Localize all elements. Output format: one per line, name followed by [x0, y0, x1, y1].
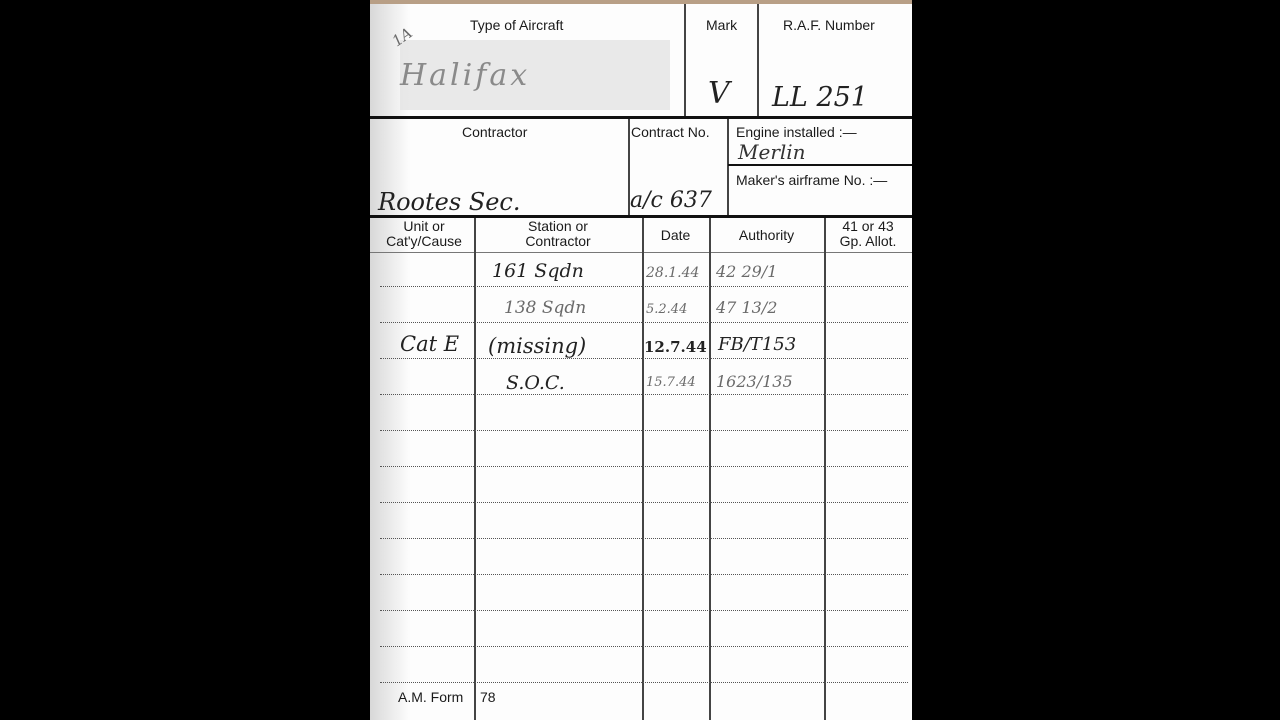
divider	[757, 4, 759, 116]
mark-value: V	[708, 76, 730, 111]
cell-authority: 42 29/1	[716, 262, 777, 281]
row-rule	[380, 682, 908, 683]
scan-edge	[370, 0, 912, 4]
contract-no-label: Contract No.	[631, 124, 710, 140]
cell-station: S.O.C.	[506, 372, 565, 394]
contractor-value: Rootes Sec.	[378, 188, 520, 216]
cell-station: 138 Sqdn	[504, 298, 586, 318]
section-rule	[370, 116, 912, 119]
row-rule	[380, 466, 908, 467]
makers-airframe-label: Maker's airframe No. :—	[736, 172, 887, 188]
raf-number-label: R.A.F. Number	[783, 17, 875, 33]
row-rule	[380, 502, 908, 503]
cell-station: (missing)	[488, 334, 586, 358]
row-rule	[380, 538, 908, 539]
engine-installed-value: Merlin	[738, 140, 806, 164]
row-rule	[380, 610, 908, 611]
col-header-date: Date	[642, 228, 709, 243]
engine-installed-label: Engine installed :—	[736, 124, 857, 140]
form-name-label: A.M. Form	[398, 689, 463, 705]
type-of-aircraft-value: Halifax	[400, 58, 530, 93]
cell-station: 161 Sqdn	[492, 260, 584, 282]
row-rule	[380, 358, 908, 359]
column-divider	[474, 218, 476, 720]
scan-shadow	[370, 4, 410, 720]
row-rule	[380, 574, 908, 575]
cell-date: 28.1.44	[646, 265, 699, 281]
mark-label: Mark	[706, 17, 737, 33]
section-rule	[370, 215, 912, 218]
cell-authority: 47 13/2	[716, 298, 777, 317]
form-number: 78	[480, 689, 496, 705]
row-rule	[380, 286, 908, 287]
raf-number-value: LL 251	[772, 82, 868, 113]
row-rule	[380, 646, 908, 647]
cell-date: 15.7.44	[646, 375, 696, 390]
type-of-aircraft-label: Type of Aircraft	[470, 17, 563, 33]
cell-date: 5.2.44	[646, 302, 687, 317]
column-divider	[642, 218, 644, 720]
divider	[684, 4, 686, 116]
contract-no-value: a/c 637	[630, 188, 712, 213]
row-rule	[380, 322, 908, 323]
column-divider	[824, 218, 826, 720]
cell-unit: Cat E	[400, 332, 459, 356]
col-header-unit: Unit or Cat'y/Cause	[374, 219, 474, 249]
cell-authority: 1623/135	[716, 372, 793, 391]
header-rule	[370, 252, 912, 253]
row-rule	[380, 394, 908, 395]
contractor-label: Contractor	[462, 124, 527, 140]
divider	[727, 119, 729, 216]
col-header-authority: Authority	[709, 228, 824, 243]
engine-rule	[728, 164, 912, 166]
col-header-gp-allot: 41 or 43 Gp. Allot.	[824, 219, 912, 249]
col-header-station: Station or Contractor	[474, 219, 642, 249]
cell-authority: FB/T153	[718, 334, 796, 355]
row-rule	[380, 430, 908, 431]
column-divider	[709, 218, 711, 720]
cell-date: 12.7.44	[644, 338, 707, 356]
aircraft-record-card: Type of Aircraft 1A Halifax Mark V R.A.F…	[370, 0, 912, 720]
